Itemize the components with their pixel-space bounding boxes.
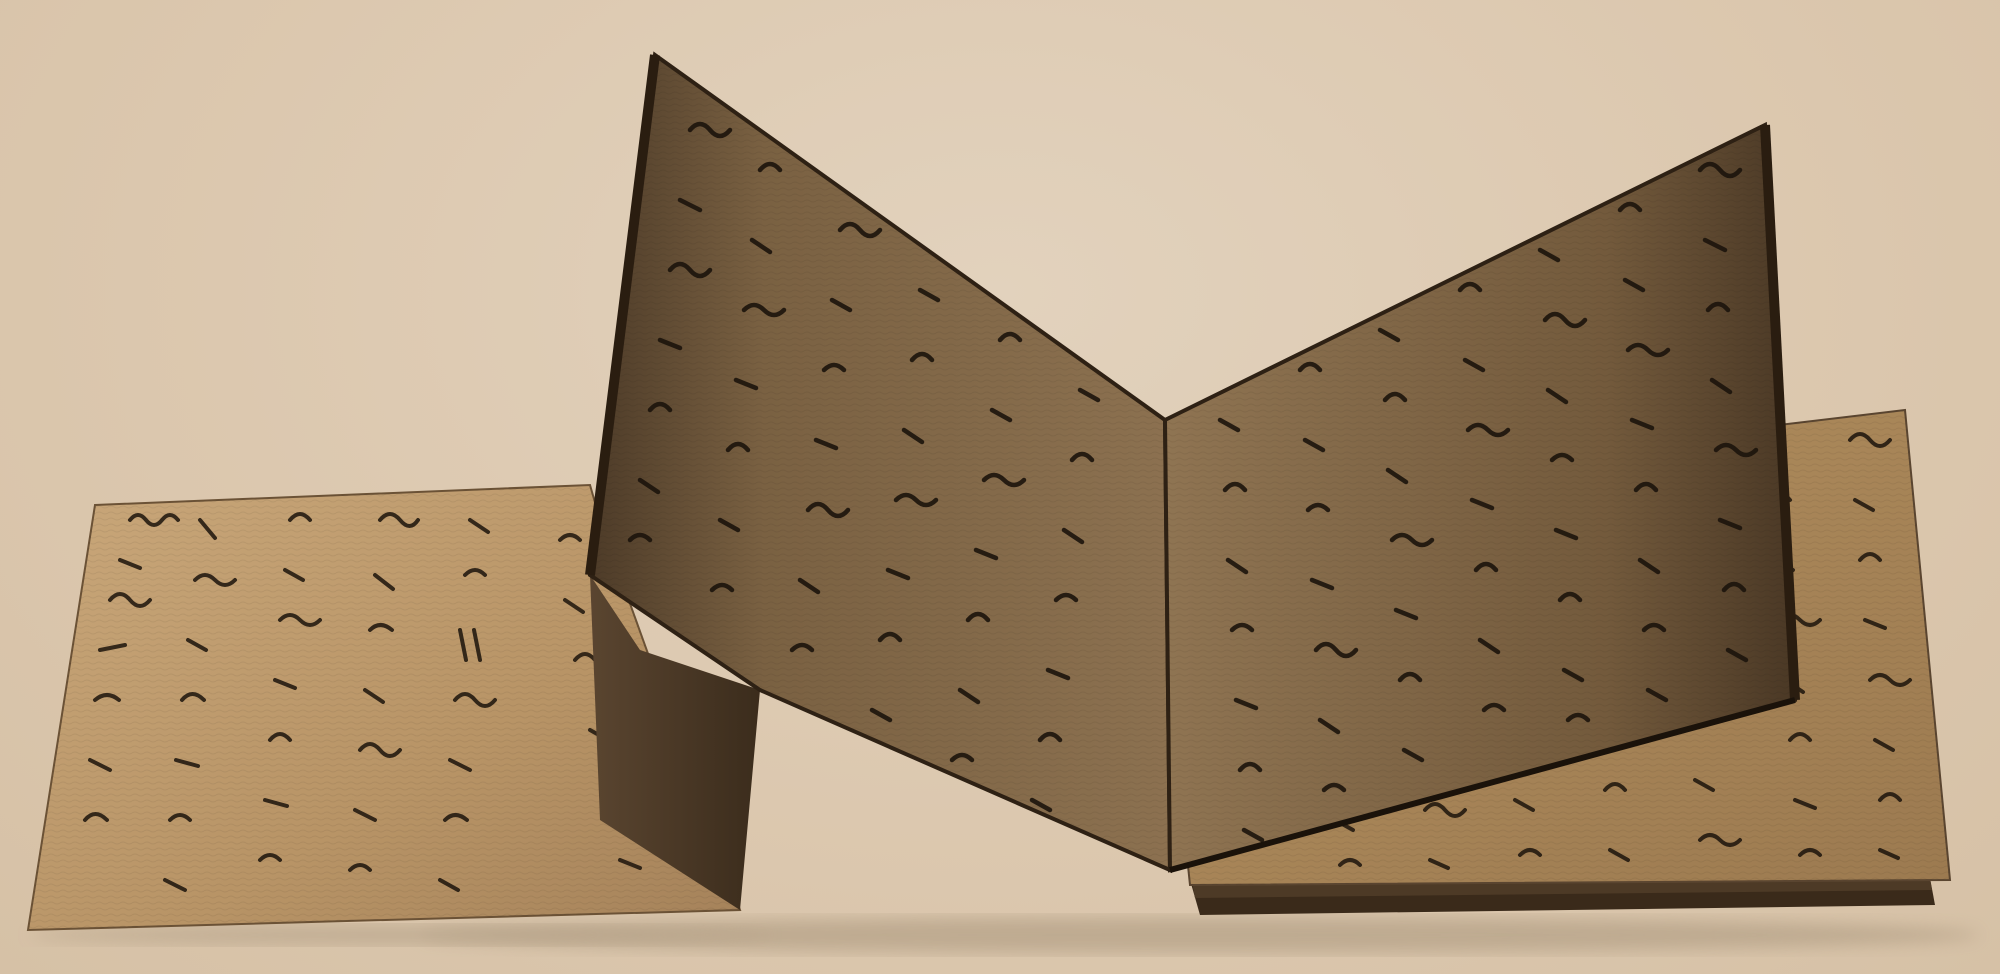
manuscript-photo xyxy=(0,0,2000,974)
photo-scene xyxy=(0,0,2000,974)
